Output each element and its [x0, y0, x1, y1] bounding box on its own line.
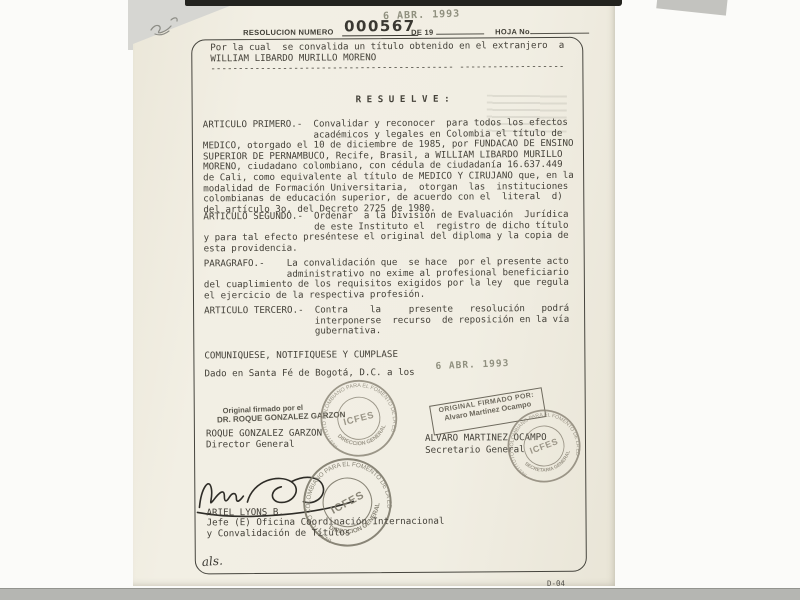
document-content: 6 ABR. 1993 RESOLUCION NUMERO 000567 DE … [0, 0, 800, 600]
year-blank-line [436, 25, 484, 34]
articulo-segundo: ARTICULO SEGUNDO.- Ordenar a la División… [203, 210, 568, 255]
resolution-number-value: 000567 [342, 17, 418, 37]
paragrafo: PARAGRAFO.- La convalidación que se hace… [204, 257, 569, 302]
left-signer-typed: ROQUE GONZALEZ GARZON Director General [206, 428, 322, 451]
hoja-blank-line [531, 25, 589, 34]
scan-bottom-strip [0, 588, 800, 600]
hoja-label: HOJA No. [495, 27, 532, 36]
comuniquese-line: COMUNIQUESE, NOTIFIQUESE Y CUMPLASE [204, 350, 398, 362]
articulo-primero: ARTICULO PRIMERO.- Convalidar y reconoce… [203, 118, 574, 216]
scanned-document: 6 ABR. 1993 RESOLUCION NUMERO 000567 DE … [0, 0, 800, 600]
de19-label: DE 19 [411, 28, 433, 37]
form-code: D-04 [547, 579, 565, 588]
handwritten-initials: als. [201, 554, 223, 570]
seal-center-text: ICFES [528, 436, 559, 456]
seal-center-text: ICFES [342, 410, 375, 428]
resuelve-heading: R E S U E L V E : [356, 95, 450, 106]
bottom-signer-typed: ARIEL LYONS B. Jefe (E) Oficina Coordina… [206, 507, 444, 540]
articulo-tercero: ARTICULO TERCERO.- Contra la presente re… [204, 304, 569, 338]
subject-text: Por la cual se convalida un título obten… [210, 41, 564, 75]
resolution-number-label: RESOLUCION NUMERO [243, 27, 334, 37]
